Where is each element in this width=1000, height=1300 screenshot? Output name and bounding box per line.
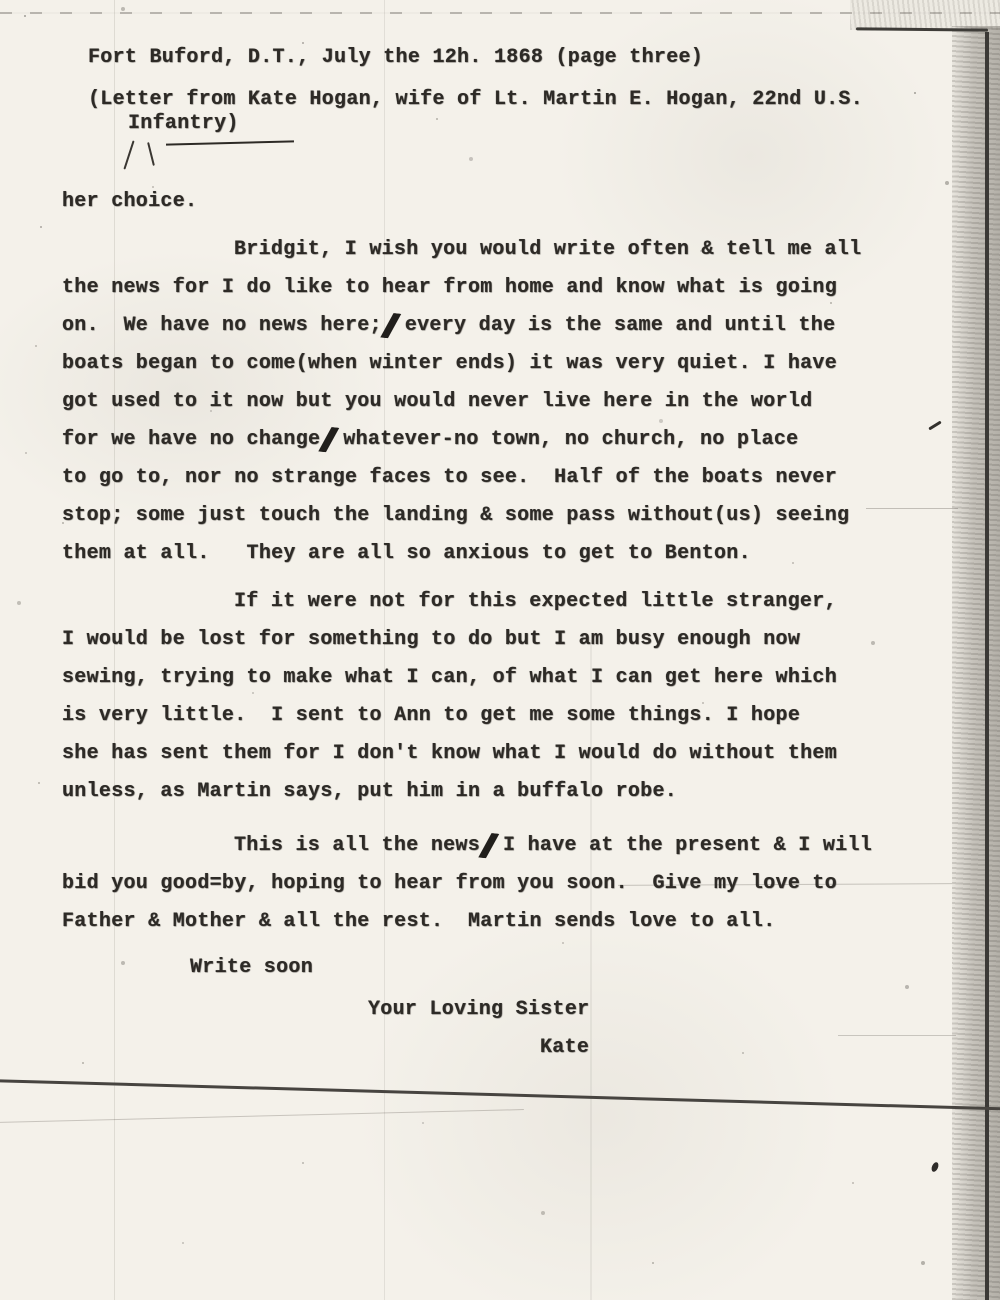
letter-line: her choice. bbox=[62, 190, 922, 228]
letter-body: her choice. Bridgit, I wish you would wr… bbox=[62, 190, 922, 1074]
letter-line: unless, as Martin says, put him in a buf… bbox=[62, 780, 922, 818]
letter-line: on. We have no news here;// every day is… bbox=[62, 314, 922, 352]
letter-line: for we have no change// whatever-no town… bbox=[62, 428, 922, 466]
letter-line-text: on. We have no news here; bbox=[62, 314, 382, 337]
handwritten-underline bbox=[166, 140, 294, 145]
letter-line-text: whatever-no town, no church, no place bbox=[331, 428, 798, 451]
letter-attribution-continued: Infantry) bbox=[88, 112, 863, 135]
letter-line: to go to, nor no strange faces to see. H… bbox=[62, 466, 922, 504]
letter-line-text: for we have no change bbox=[62, 428, 320, 451]
scan-noise-speckles bbox=[0, 0, 2, 2]
page-top-right-corner-line bbox=[856, 27, 988, 31]
letter-header: Fort Buford, D.T., July the 12h. 1868 (p… bbox=[88, 46, 863, 135]
scanned-letter-page: Fort Buford, D.T., July the 12h. 1868 (p… bbox=[0, 0, 1000, 1300]
handwritten-slash-mark: // bbox=[479, 836, 489, 854]
letter-paragraph-1: Bridgit, I wish you would write often & … bbox=[62, 238, 922, 580]
letter-line: she has sent them for I don't know what … bbox=[62, 742, 922, 780]
letter-write-soon: Write soon bbox=[62, 956, 922, 994]
page-bottom-faint-line bbox=[0, 1109, 524, 1123]
letter-attribution-line: (Letter from Kate Hogan, wife of Lt. Mar… bbox=[88, 88, 863, 112]
ink-scribble bbox=[928, 421, 941, 431]
letter-line: I would be lost for something to do but … bbox=[62, 628, 922, 666]
handwritten-pen-stroke bbox=[123, 140, 134, 169]
letter-line: the news for I do like to hear from home… bbox=[62, 276, 922, 314]
handwritten-slash-mark: // bbox=[319, 430, 329, 448]
letter-line: stop; some just touch the landing & some… bbox=[62, 504, 922, 542]
letter-line: them at all. They are all so anxious to … bbox=[62, 542, 922, 580]
letter-line: Bridgit, I wish you would write often & … bbox=[62, 238, 922, 276]
letter-signature: Kate bbox=[62, 1036, 922, 1074]
handwritten-slash-mark: // bbox=[381, 316, 391, 334]
letter-line: got used to it now but you would never l… bbox=[62, 390, 922, 428]
letter-line-text: This is all the news bbox=[234, 834, 480, 857]
letter-line: bid you good=by, hoping to hear from you… bbox=[62, 872, 922, 910]
letter-line-text: every day is the same and until the bbox=[393, 314, 836, 337]
letter-line-text: I have at the present & I will bbox=[491, 834, 872, 857]
ink-blob bbox=[930, 1161, 940, 1173]
letter-line: If it were not for this expected little … bbox=[62, 590, 922, 628]
page-bottom-edge-line bbox=[0, 1079, 1000, 1113]
letter-paragraph-3: This is all the news// I have at the pre… bbox=[62, 834, 922, 948]
letter-line: boats began to come(when winter ends) it… bbox=[62, 352, 922, 390]
letter-paragraph-2: If it were not for this expected little … bbox=[62, 590, 922, 818]
handwritten-pen-stroke bbox=[147, 142, 155, 166]
letter-line: Father & Mother & all the rest. Martin s… bbox=[62, 910, 922, 948]
letter-line: This is all the news// I have at the pre… bbox=[62, 834, 922, 872]
letter-dateline: Fort Buford, D.T., July the 12h. 1868 (p… bbox=[88, 46, 863, 88]
letter-line: is very little. I sent to Ann to get me … bbox=[62, 704, 922, 742]
letter-closing: Your Loving Sister bbox=[62, 998, 922, 1036]
letter-line: sewing, trying to make what I can, of wh… bbox=[62, 666, 922, 704]
